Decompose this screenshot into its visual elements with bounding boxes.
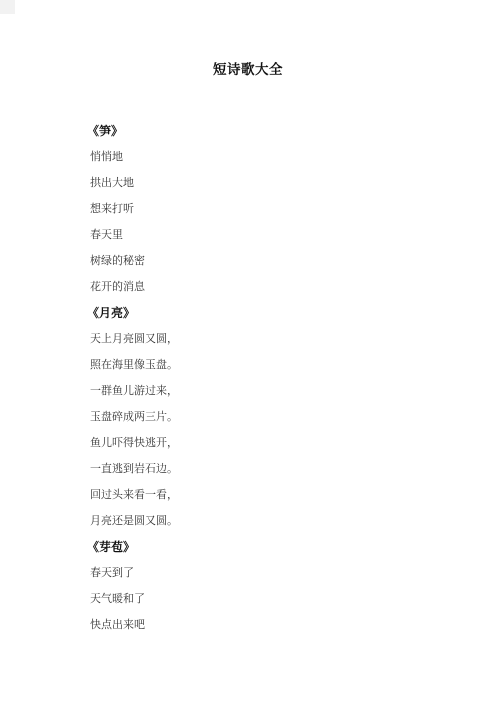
- poem-line: 玉盘碎成两三片。: [90, 404, 456, 430]
- poem-line: 月亮还是圆又圆。: [90, 508, 456, 534]
- page-corner-artifact: [0, 0, 15, 14]
- document-page: 短诗歌大全 《笋》 悄悄地 拱出大地 想来打听 春天里 树绿的秘密 花开的消息 …: [0, 0, 496, 702]
- poem-line: 快点出来吧: [90, 612, 456, 638]
- poem-line: 回过头来看一看，: [90, 482, 456, 508]
- poem-line: 树绿的秘密: [90, 248, 456, 274]
- poem-line: 悄悄地: [90, 144, 456, 170]
- poem-line: 一直逃到岩石边。: [90, 456, 456, 482]
- poem-line: 春天到了: [90, 560, 456, 586]
- poem-line: 一群鱼儿游过来，: [90, 378, 456, 404]
- poem-line: 天上月亮圆又圆，: [90, 326, 456, 352]
- poem-title-bud: 《芽苞》: [87, 534, 456, 560]
- poem-line: 春天里: [90, 222, 456, 248]
- poem-line: 想来打听: [90, 196, 456, 222]
- document-title: 短诗歌大全: [0, 57, 496, 83]
- poem-line: 拱出大地: [90, 170, 456, 196]
- poem-line: 花开的消息: [90, 274, 456, 300]
- poem-line: 天气暖和了: [90, 586, 456, 612]
- poem-line: 照在海里像玉盘。: [90, 352, 456, 378]
- poem-title-sun: 《笋》: [87, 118, 456, 144]
- poem-line: 鱼儿吓得快逃开，: [90, 430, 456, 456]
- poem-title-moon: 《月亮》: [87, 300, 456, 326]
- poems-container: 《笋》 悄悄地 拱出大地 想来打听 春天里 树绿的秘密 花开的消息 《月亮》 天…: [90, 118, 456, 638]
